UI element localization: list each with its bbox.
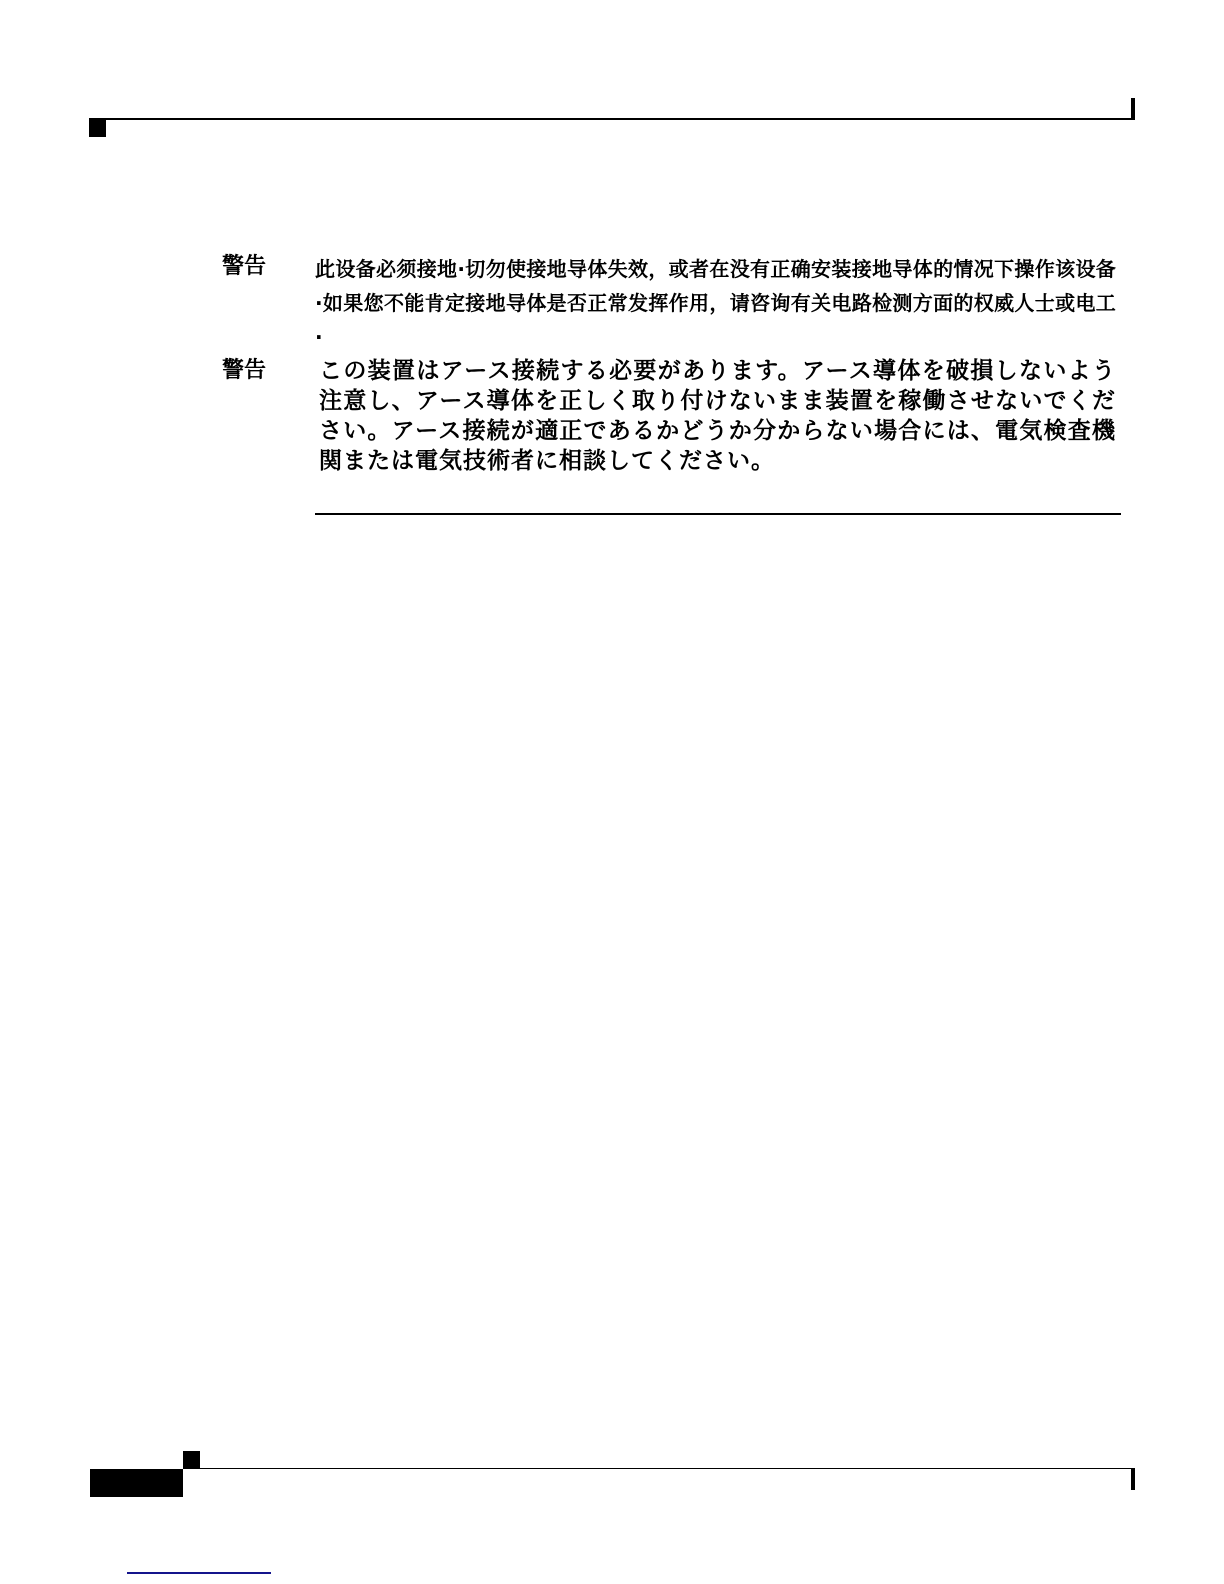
warning-label-japanese: 警告 (222, 356, 266, 386)
warning-block-japanese: 警告 この装置はアース接続する必要があります。アース導体を破損しないよう注意し、… (222, 356, 1120, 484)
footer-link-underline[interactable] (127, 1572, 271, 1574)
document-page: 警告 此设备必须接地·切勿使接地导体失效，或者在没有正确安装接地导体的情况下操作… (0, 0, 1224, 1584)
top-rule (89, 118, 1135, 120)
top-right-registration-mark-icon (1131, 98, 1135, 119)
footer-rule (200, 1468, 1135, 1469)
warning-text-japanese: この装置はアース接続する必要があります。アース導体を破損しないよう注意し、アース… (319, 356, 1116, 476)
footer-right-registration-mark-icon (1131, 1469, 1135, 1490)
footer-registration-mark-icon (183, 1451, 200, 1469)
section-separator-rule (315, 513, 1121, 515)
warning-block-chinese: 警告 此设备必须接地·切勿使接地导体失效，或者在没有正确安装接地导体的情况下操作… (222, 252, 1120, 332)
warning-label-chinese: 警告 (222, 252, 266, 282)
footer-page-number-block (90, 1469, 183, 1497)
top-left-registration-mark-icon (89, 119, 106, 137)
warning-text-chinese: 此设备必须接地·切勿使接地导体失效，或者在没有正确安装接地导体的情况下操作该设备… (315, 252, 1116, 354)
